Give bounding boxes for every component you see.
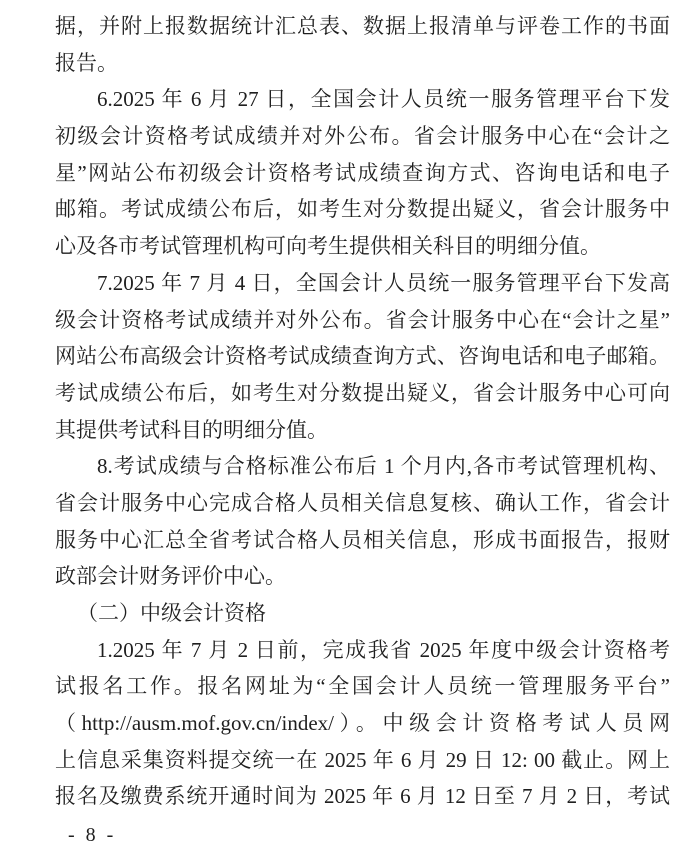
text-line: 网站公布高级会计资格考试成绩查询方式、咨询电话和电子邮箱。	[55, 338, 670, 375]
text-line: 报告。	[55, 45, 670, 82]
text-line: 试报名工作。报名网址为“全国会计人员统一管理服务平台”	[55, 668, 670, 705]
section-heading: （二）中级会计资格	[55, 595, 670, 632]
text-line: 其提供考试科目的明细分值。	[55, 412, 670, 449]
text-line: 政部会计财务评价中心。	[55, 558, 670, 595]
document-page: 据，并附上报数据统计汇总表、数据上报清单与评卷工作的书面 报告。 6.2025 …	[0, 0, 700, 864]
text-line: 7.2025 年 7 月 4 日，全国会计人员统一服务管理平台下发高	[55, 265, 670, 302]
text-line: 报名及缴费系统开通时间为 2025 年 6 月 12 日至 7 月 2 日，考试	[55, 778, 670, 815]
text-line: 6.2025 年 6 月 27 日，全国会计人员统一服务管理平台下发	[55, 81, 670, 118]
text-line: 1.2025 年 7 月 2 日前，完成我省 2025 年度中级会计资格考	[55, 632, 670, 669]
text-line: 星”网站公布初级会计资格考试成绩查询方式、咨询电话和电子	[55, 155, 670, 192]
text-line: 心及各市考试管理机构可向考生提供相关科目的明细分值。	[55, 228, 670, 265]
text-line: （http://ausm.mof.gov.cn/index/）。中级会计资格考试…	[55, 705, 670, 742]
text-line: 级会计资格考试成绩并对外公布。省会计服务中心在“会计之星”	[55, 302, 670, 339]
text-line: 据，并附上报数据统计汇总表、数据上报清单与评卷工作的书面	[55, 8, 670, 45]
text-line: 上信息采集资料提交统一在 2025 年 6 月 29 日 12: 00 截止。网…	[55, 742, 670, 779]
text-line: 邮箱。考试成绩公布后，如考生对分数提出疑义，省会计服务中	[55, 191, 670, 228]
page-number: - 8 -	[68, 824, 116, 847]
text-line: 初级会计资格考试成绩并对外公布。省会计服务中心在“会计之	[55, 118, 670, 155]
text-line: 8.考试成绩与合格标准公布后 1 个月内,各市考试管理机构、	[55, 448, 670, 485]
text-line: 考试成绩公布后，如考生对分数提出疑义，省会计服务中心可向	[55, 375, 670, 412]
text-line: 服务中心汇总全省考试合格人员相关信息，形成书面报告，报财	[55, 522, 670, 559]
text-line: 省会计服务中心完成合格人员相关信息复核、确认工作，省会计	[55, 485, 670, 522]
document-text-block: 据，并附上报数据统计汇总表、数据上报清单与评卷工作的书面 报告。 6.2025 …	[55, 8, 670, 815]
